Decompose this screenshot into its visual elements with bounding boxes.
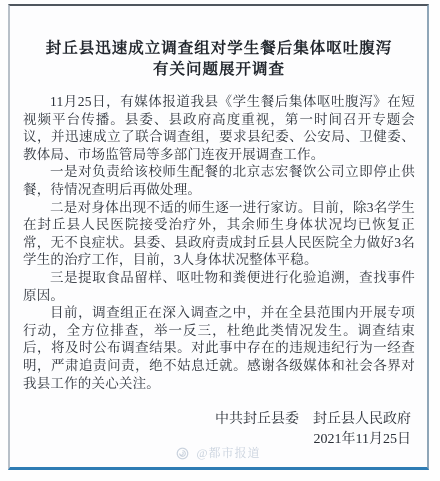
notice-page: 封丘县迅速成立调查组对学生餐后集体呕吐腹泻 有关问题展开调查 11月25日，有媒… <box>8 4 429 470</box>
signature-org: 中共封丘县委 封丘县人民政府 <box>215 410 411 430</box>
notice-body: 11月25日，有媒体报道我县《学生餐后集体呕吐腹泻》在短视频平台传播。县委、县政… <box>23 93 415 392</box>
notice-title-line2: 有关问题展开调查 <box>23 59 415 80</box>
notice-screenshot: 封丘县迅速成立调查组对学生餐后集体呕吐腹泻 有关问题展开调查 11月25日，有媒… <box>0 0 440 481</box>
notice-title: 封丘县迅速成立调查组对学生餐后集体呕吐腹泻 有关问题展开调查 <box>23 38 415 80</box>
watermark-text: @都市报道 <box>196 446 260 460</box>
paragraph-measure-3: 三是提取食品留样、呕吐物和粪便进行化验追溯，查找事件原因。 <box>23 269 415 304</box>
paragraph-measure-1: 一是对负责给该校师生配餐的北京志宏餐饮公司立即停止供餐，待情况查明后再做处理。 <box>23 163 415 198</box>
weibo-eye-icon <box>176 447 189 464</box>
paragraph-intro: 11月25日，有媒体报道我县《学生餐后集体呕吐腹泻》在短视频平台传播。县委、县政… <box>23 93 415 163</box>
notice-title-line1: 封丘县迅速成立调查组对学生餐后集体呕吐腹泻 <box>23 38 415 59</box>
paragraph-closing: 目前，调查组正在深入调查之中，并在全县范围内开展专项行动，全方位排查，举一反三，… <box>23 304 415 392</box>
paragraph-measure-2: 二是对身体出现不适的师生逐一进行家访。目前，除3名学生在封丘县人民医院接受治疗外… <box>23 199 415 269</box>
watermark: @都市报道 <box>10 444 427 464</box>
